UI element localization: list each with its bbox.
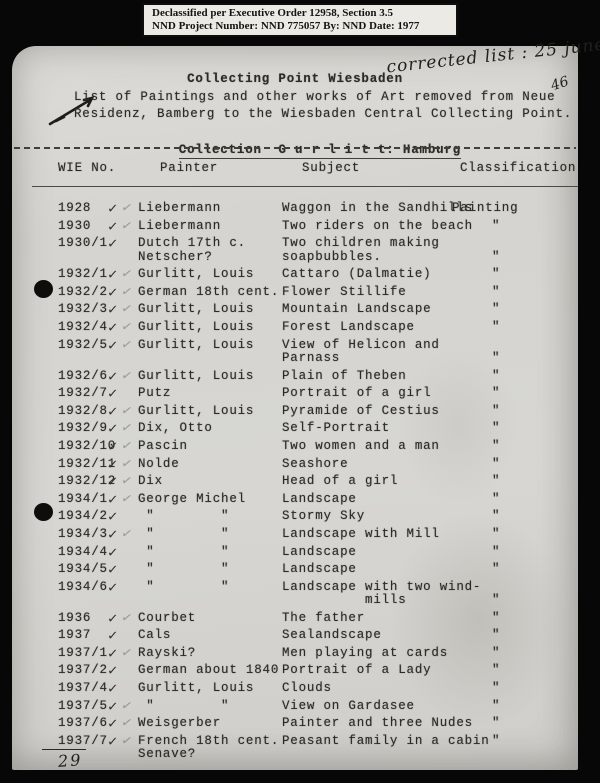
declassification-stamp: Declassified per Executive Order 12958, … [142, 3, 458, 37]
painter: " " [138, 510, 229, 524]
table-row: 1934/4✓ " "Landscape" [12, 546, 578, 564]
wie-number: 1937/7 [58, 735, 108, 749]
wie-number: 1932/3 [58, 303, 108, 317]
table-row: 1937/5✓✓ " "View on Gardasee" [12, 700, 578, 718]
subject: Head of a girl [282, 475, 398, 489]
wie-number: 1937/1 [58, 647, 108, 661]
checkmark-icon: ✓ [107, 318, 117, 338]
subject: Flower Stillife [282, 286, 407, 300]
wie-number: 1934/5 [58, 563, 108, 577]
classification: " [492, 682, 500, 696]
classification: " [492, 612, 500, 626]
subject: Two children making soapbubbles. [282, 237, 440, 264]
classification: " [492, 303, 500, 317]
page-number: 29 [57, 750, 83, 771]
table-row: 1934/6✓ " "Landscape with two wind- mill… [12, 581, 578, 612]
column-header-wie-no-: WIE No. [58, 162, 116, 176]
wie-number: 1930 [58, 220, 91, 234]
subject: Landscape [282, 546, 357, 560]
classification: " [492, 735, 500, 749]
classification: " [492, 268, 500, 282]
subject: Pyramide of Cestius [282, 405, 440, 419]
painter: Gurlitt, Louis [138, 405, 254, 419]
classification: " [492, 387, 500, 401]
table-row: 1932/1✓✓Gurlitt, LouisCattaro (Dalmatie)… [12, 268, 578, 286]
checkmark-icon: ✓ [107, 437, 117, 457]
checkmark-icon: ✓ [107, 577, 117, 597]
column-header-painter: Painter [160, 162, 218, 176]
subject: Painter and three Nudes [282, 717, 473, 731]
table-row: 1937/1✓✓Rayski?Men playing at cards" [12, 647, 578, 665]
wie-number: 1937/6 [58, 717, 108, 731]
painter: Cals [138, 629, 171, 643]
subject: Cattaro (Dalmatie) [282, 268, 431, 282]
wie-number: 1932/8 [58, 405, 108, 419]
table-row: 1932/9✓✓Dix, OttoSelf-Portrait" [12, 422, 578, 440]
table-row: 1937✓CalsSealandscape" [12, 629, 578, 647]
table-rows: 1928✓✓LiebermannWaggon in the SandhillsP… [12, 202, 578, 766]
checkmark-icon: ✓ [107, 384, 117, 404]
table-row: 1937/7✓✓French 18th cent. Senave?Peasant… [12, 735, 578, 766]
dashed-separator [14, 147, 576, 149]
classification: " [492, 664, 500, 678]
painter: German about 1840 [138, 664, 279, 678]
table-row: 1937/4✓Gurlitt, LouisClouds" [12, 682, 578, 700]
painter: Gurlitt, Louis [138, 303, 254, 317]
classification: " [492, 510, 500, 524]
checkmark-icon: ✓ [107, 335, 117, 355]
wie-number: 1936 [58, 612, 91, 626]
classification: " [492, 475, 500, 489]
classification: " [492, 528, 500, 542]
checkmark-icon: ✓ [107, 560, 117, 580]
painter: Liebermann [138, 220, 221, 234]
classification: " [492, 647, 500, 661]
classification: " [492, 546, 500, 560]
classification: " [492, 321, 500, 335]
subject: Peasant family in a cabin [282, 735, 490, 749]
classification: " [492, 352, 500, 366]
checkmark-icon: ✓ [107, 234, 117, 254]
classification: " [492, 717, 500, 731]
classification: " [492, 405, 500, 419]
wie-number: 1932/4 [58, 321, 108, 335]
painter: Putz [138, 387, 171, 401]
painter: " " [138, 563, 229, 577]
checkmark-icon: ✓ [107, 626, 117, 646]
document-subtitle-line1: List of Paintings and other works of Art… [74, 91, 555, 105]
subject: View on Gardasee [282, 700, 415, 714]
checkmark-icon: ✓ [107, 732, 117, 752]
table-row: 1932/2✓✓German 18th cent.Flower Stillife… [12, 286, 578, 304]
wie-number: 1932/9 [58, 422, 108, 436]
table-row: 1932/11✓✓NoldeSeashore" [12, 458, 578, 476]
painter: " " [138, 546, 229, 560]
table-row: 1934/3✓✓ " "Landscape with Mill" [12, 528, 578, 546]
painter: Pascin [138, 440, 188, 454]
painter: George Michel [138, 493, 246, 507]
stamp-line-1: Declassified per Executive Order 12958, … [152, 7, 448, 20]
classification: " [492, 594, 500, 608]
checkmark-pencil-icon: ✓ [120, 197, 133, 217]
wie-number: 1930/1 [58, 237, 108, 251]
table-row: 1934/2✓ " "Stormy Sky" [12, 510, 578, 528]
table-row: 1928✓✓LiebermannWaggon in the SandhillsP… [12, 202, 578, 220]
subject: Forest Landscape [282, 321, 415, 335]
column-header-subject: Subject [302, 162, 360, 176]
document-page: Collecting Point Wiesbaden List of Paint… [12, 46, 578, 770]
wie-number: 1934/3 [58, 528, 108, 542]
table-row: 1932/12✓✓DixHead of a girl" [12, 475, 578, 493]
checkmark-icon: ✓ [107, 199, 117, 219]
table-row: 1932/7✓PutzPortrait of a girl" [12, 387, 578, 405]
subject: Landscape [282, 563, 357, 577]
wie-number: 1932/2 [58, 286, 108, 300]
subject: Clouds [282, 682, 332, 696]
classification: " [492, 370, 500, 384]
wie-number: 1937/4 [58, 682, 108, 696]
wie-number: 1928 [58, 202, 91, 216]
painter: " " [138, 528, 229, 542]
table-row: 1930/1✓Dutch 17th c. Netscher?Two childr… [12, 237, 578, 268]
table-row: 1932/4✓✓Gurlitt, LouisForest Landscape" [12, 321, 578, 339]
subject: Sealandscape [282, 629, 382, 643]
document-title: Collecting Point Wiesbaden [12, 73, 578, 87]
classification: " [492, 440, 500, 454]
subject: Seashore [282, 458, 348, 472]
classification: " [492, 422, 500, 436]
subject: Stormy Sky [282, 510, 365, 524]
painter: " " [138, 700, 229, 714]
wie-number: 1932/6 [58, 370, 108, 384]
painter: Weisgerber [138, 717, 221, 731]
painter: German 18th cent. [138, 286, 279, 300]
classification: " [492, 251, 500, 265]
collection-heading-text: Collection G u r l i t t: Hamburg [179, 143, 461, 159]
subject: View of Helicon and Parnass [282, 339, 440, 366]
wie-number: 1934/4 [58, 546, 108, 560]
table-row: 1936✓✓CourbetThe father" [12, 612, 578, 630]
painter: Rayski? [138, 647, 196, 661]
subject: Plain of Theben [282, 370, 407, 384]
classification: " [492, 493, 500, 507]
table-row: 1932/3✓✓Gurlitt, LouisMountain Landscape… [12, 303, 578, 321]
checkmark-icon: ✓ [107, 525, 117, 545]
document-subtitle-line2: Residenz, Bamberg to the Wiesbaden Centr… [74, 108, 572, 122]
subject: Men playing at cards [282, 647, 448, 661]
subject: Self-Portrait [282, 422, 390, 436]
checkmark-icon: ✓ [107, 265, 117, 285]
table-row: 1932/8✓✓Gurlitt, LouisPyramide of Cestiu… [12, 405, 578, 423]
table-row: 1932/6✓✓Gurlitt, LouisPlain of Theben" [12, 370, 578, 388]
subject: The father [282, 612, 365, 626]
painter: Dix, Otto [138, 422, 213, 436]
table-header: WIE No.PainterSubjectClassification [12, 162, 578, 180]
classification: " [492, 700, 500, 714]
table-row: 1934/5✓ " "Landscape" [12, 563, 578, 581]
painter: French 18th cent. Senave? [138, 735, 279, 762]
painter: Gurlitt, Louis [138, 370, 254, 384]
table-row: 1932/5✓✓Gurlitt, LouisView of Helicon an… [12, 339, 578, 370]
column-header-classification: Classification [460, 162, 576, 176]
painter: Gurlitt, Louis [138, 682, 254, 696]
scanned-document: Declassified per Executive Order 12958, … [0, 0, 600, 783]
subject: Portrait of a Lady [282, 664, 431, 678]
painter: Courbet [138, 612, 196, 626]
subject: Portrait of a girl [282, 387, 431, 401]
checkmark-icon: ✓ [107, 300, 117, 320]
wie-number: 1934/6 [58, 581, 108, 595]
table-row: 1932/10✓✓PascinTwo women and a man" [12, 440, 578, 458]
painter: Liebermann [138, 202, 221, 216]
table-row: 1934/1✓✓George MichelLandscape" [12, 493, 578, 511]
checkmark-icon: ✓ [107, 507, 117, 527]
subject: Two riders on the beach [282, 220, 473, 234]
wie-number: 1932/5 [58, 339, 108, 353]
table-header-rule [32, 186, 578, 187]
classification: Painting [452, 202, 518, 216]
painter: Gurlitt, Louis [138, 321, 254, 335]
painter: Gurlitt, Louis [138, 268, 254, 282]
subject: Two women and a man [282, 440, 440, 454]
classification: " [492, 629, 500, 643]
subject: Mountain Landscape [282, 303, 431, 317]
subject: Landscape with two wind- mills [282, 581, 481, 608]
painter: Nolde [138, 458, 180, 472]
classification: " [492, 458, 500, 472]
wie-number: 1934/1 [58, 493, 108, 507]
checkmark-icon: ✓ [107, 679, 117, 699]
checkmark-icon: ✓ [107, 419, 117, 439]
wie-number: 1937/5 [58, 700, 108, 714]
painter: Gurlitt, Louis [138, 339, 254, 353]
wie-number: 1937 [58, 629, 91, 643]
wie-number: 1934/2 [58, 510, 108, 524]
checkmark-icon: ✓ [107, 472, 117, 492]
painter: Dix [138, 475, 163, 489]
wie-number: 1932/7 [58, 387, 108, 401]
painter: Dutch 17th c. Netscher? [138, 237, 246, 264]
classification: " [492, 286, 500, 300]
subject: Landscape with Mill [282, 528, 440, 542]
table-row: 1937/2✓German about 1840Portrait of a La… [12, 664, 578, 682]
table-row: 1930✓✓LiebermannTwo riders on the beach" [12, 220, 578, 238]
checkmark-icon: ✓ [107, 714, 117, 734]
classification: " [492, 563, 500, 577]
subject: Waggon in the Sandhills [282, 202, 473, 216]
wie-number: 1937/2 [58, 664, 108, 678]
stamp-line-2: NND Project Number: NND 775057 By: NND D… [152, 20, 448, 33]
classification: " [492, 220, 500, 234]
subject: Landscape [282, 493, 357, 507]
wie-number: 1932/1 [58, 268, 108, 282]
table-row: 1937/6✓✓WeisgerberPainter and three Nude… [12, 717, 578, 735]
painter: " " [138, 581, 229, 595]
